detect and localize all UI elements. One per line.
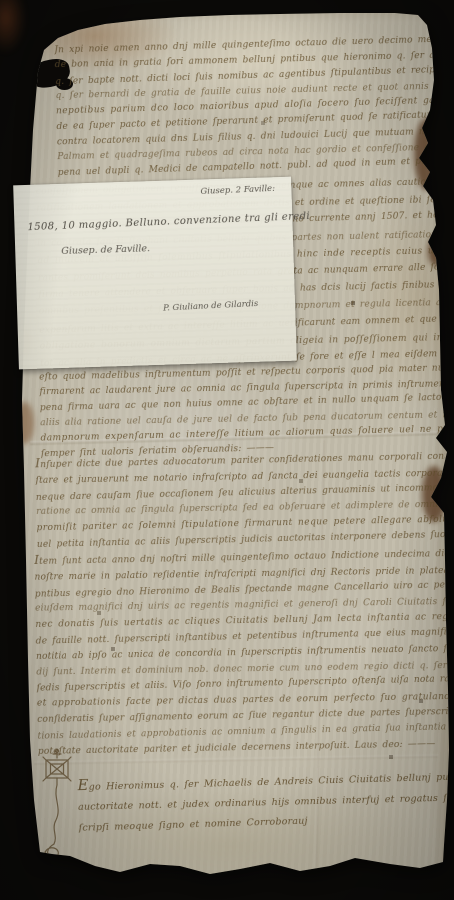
manuscript-sheet-wrap: Jn xpi noie amen anno dnj mille quingent…: [0, 0, 454, 900]
archival-note-slip: Giusep. 2 Faville: 1508, 10 maggio. Bell…: [13, 177, 297, 370]
manuscript-block-opening: Jn xpi noie amen anno dnj mille quingent…: [54, 33, 448, 182]
manuscript-block-clause: Inſuper dicte due partes aduocatorum par…: [35, 448, 447, 553]
note-heading: Giusep. 2 Faville:: [201, 184, 276, 197]
edge-stain: [15, 402, 34, 444]
manuscript-block-continuation: eſto quod madelibus inſtrumentum poſſit …: [39, 361, 447, 461]
note-name-line: Giusep. de Faville.: [61, 243, 150, 257]
photo-backdrop: Jn xpi noie amen anno dnj mille quingent…: [0, 0, 454, 900]
manuscript-block-actum: Item ſunt acta anno dnj noſtri mille qui…: [34, 545, 450, 760]
note-date-line: 1508, 10 maggio. Belluno. convenzione tr…: [27, 211, 310, 233]
manuscript-sheet: Jn xpi noie amen anno dnj mille quingent…: [0, 0, 454, 900]
notary-signum-icon: [33, 748, 81, 866]
manuscript-block-notary-subscription: Ego Hieronimus q. ſer Michaelis de Andre…: [77, 765, 449, 838]
ink-specks: [0, 0, 2, 2]
note-signature: P. Giuliano de Gilardis: [163, 299, 259, 314]
